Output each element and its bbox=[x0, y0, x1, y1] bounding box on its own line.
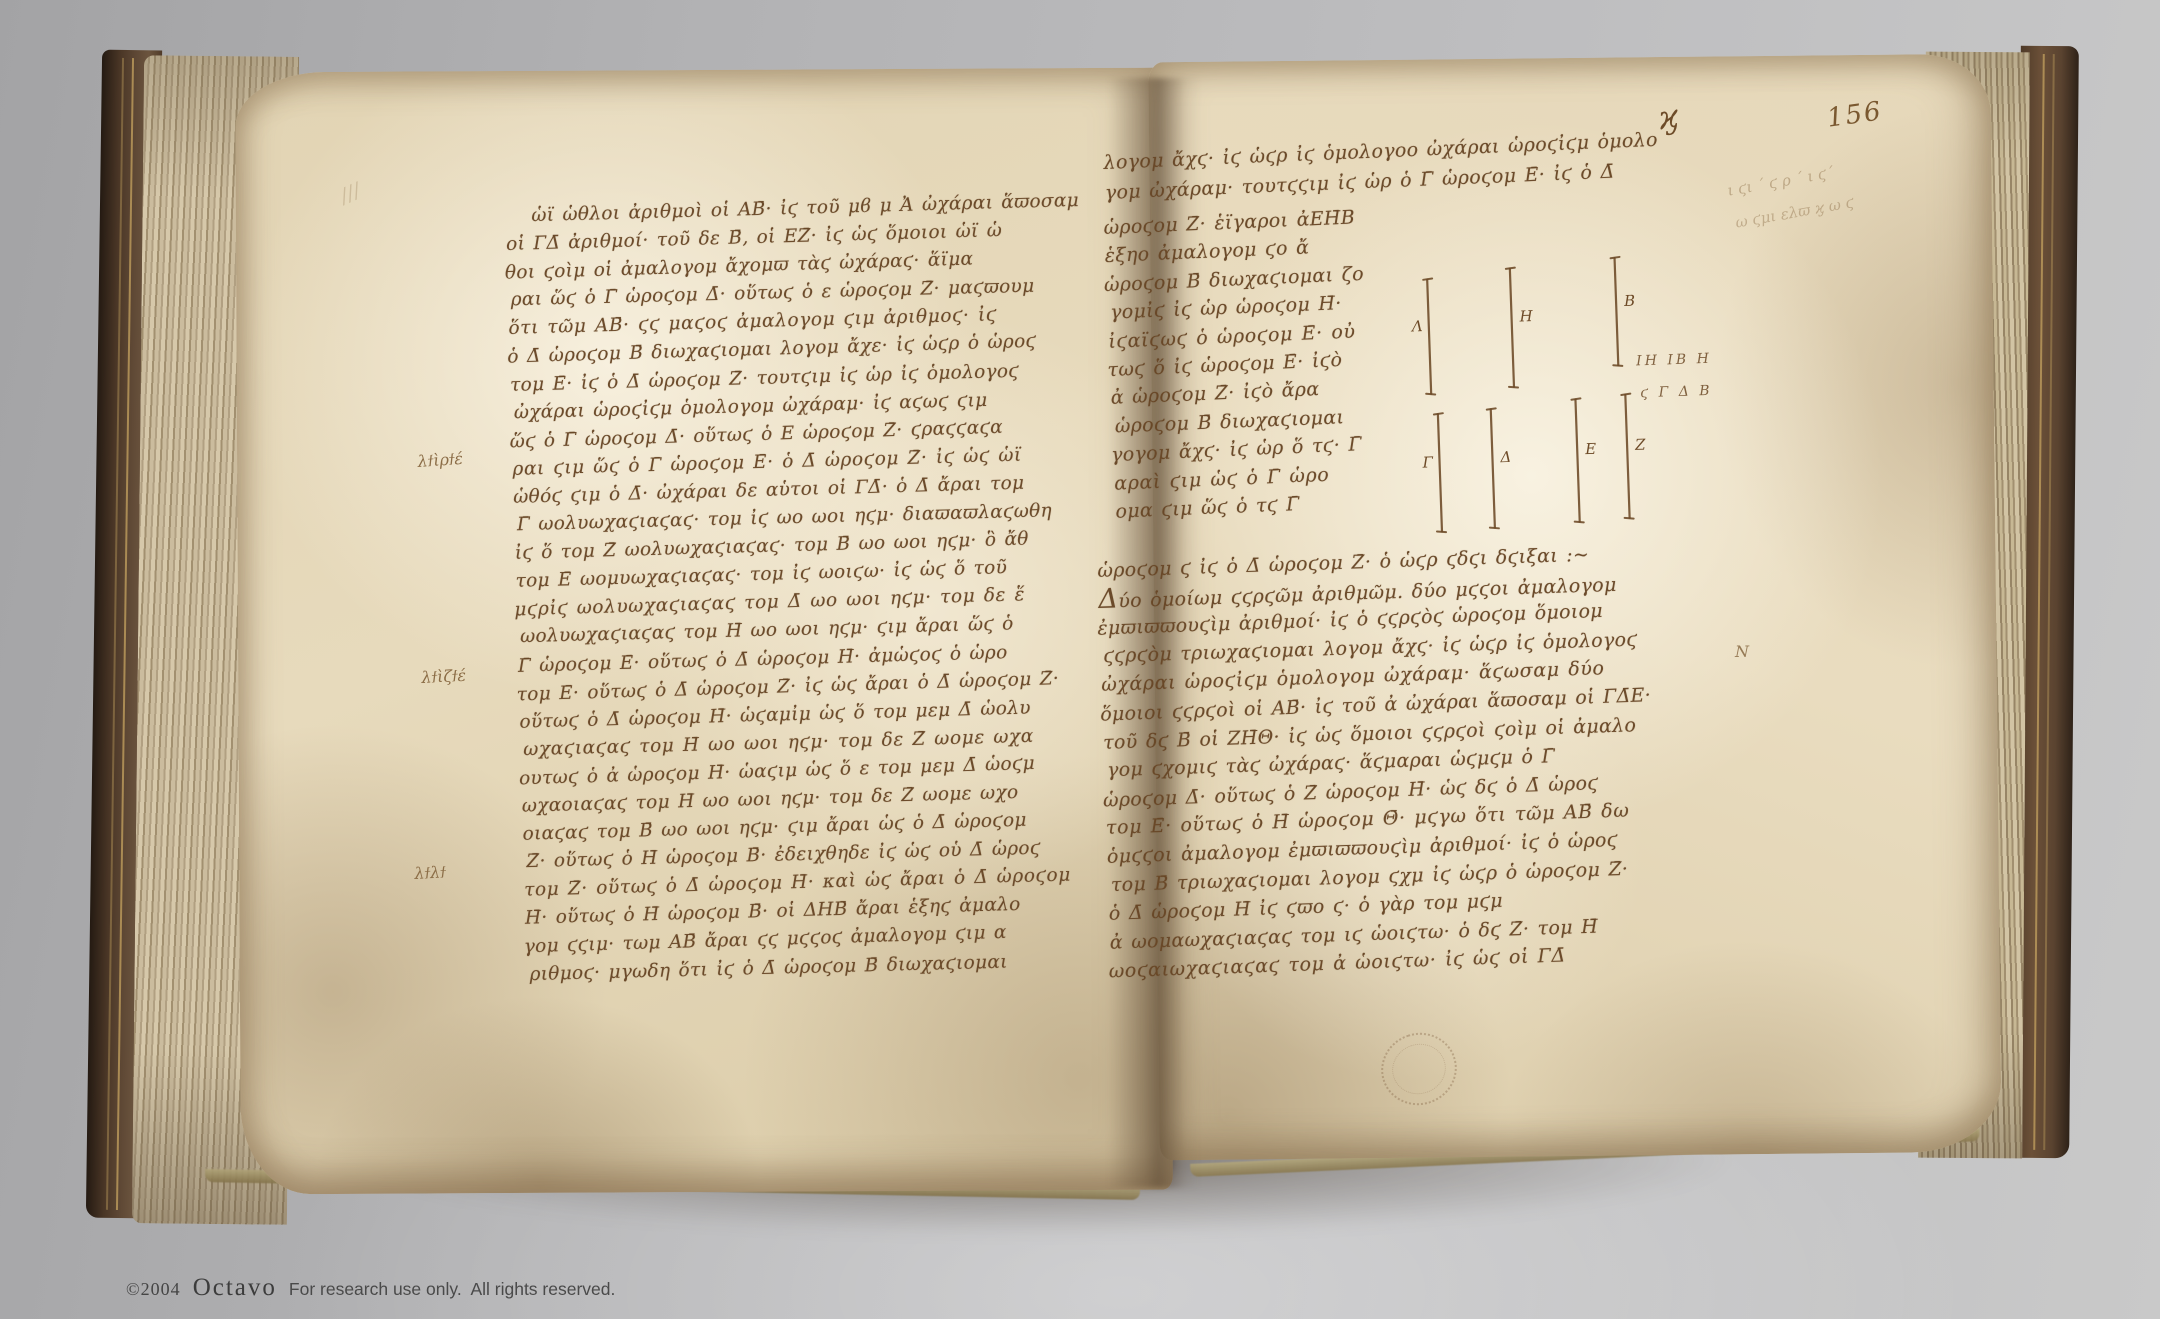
diagram-segment bbox=[1575, 400, 1579, 522]
diagram-segment bbox=[1506, 268, 1515, 269]
geometric-line-diagrams: ΛΗΒΙΗ ΙΒ Ηϛ Γ Δ ΒΓΔΕΖ bbox=[1330, 175, 1763, 569]
diagram-segment bbox=[1625, 395, 1629, 518]
diagram-segment bbox=[1571, 398, 1580, 399]
diagram-segment bbox=[1491, 410, 1495, 528]
diagram-label: Γ bbox=[1421, 453, 1434, 471]
diagram-segment bbox=[1438, 414, 1442, 531]
diagram-label: Η bbox=[1518, 307, 1534, 326]
caption-brand: Octavo bbox=[193, 1274, 277, 1302]
marginal-note: λϯὶρϯέ bbox=[417, 449, 464, 472]
margin-letter: Ν bbox=[1735, 642, 1749, 661]
diagram-segment bbox=[1621, 394, 1630, 395]
diagram-four-lines: ΓΔΕΖ bbox=[1419, 393, 1648, 533]
diagram-label: Λ bbox=[1410, 317, 1424, 335]
diagram-segment bbox=[1575, 521, 1584, 522]
diagram-segment bbox=[1487, 408, 1496, 409]
caption-notice: For research use only. All rights reserv… bbox=[289, 1279, 615, 1300]
diagram-segment bbox=[1437, 531, 1446, 532]
diagram-annotation: ΙΗ ΙΒ Η bbox=[1635, 351, 1712, 370]
right-page-text-bottom: ὡροϛομ ϛ ἰϛ ὁ Δ̄ ὡροϛομ Ζ̄· ὁ ὡϛρ ϛδϛι δ… bbox=[1097, 536, 1736, 985]
diagram-label: Β bbox=[1623, 292, 1636, 310]
diagram-segment bbox=[1509, 387, 1518, 388]
diagram-label: Ζ bbox=[1634, 435, 1647, 453]
diagram-segment bbox=[1613, 365, 1622, 366]
diagram-segment bbox=[1611, 257, 1620, 258]
marginal-note: λϯλϯ bbox=[414, 862, 446, 884]
diagram-segment bbox=[1423, 278, 1432, 279]
gilt-line bbox=[2043, 54, 2055, 1150]
diagram-segment bbox=[1434, 413, 1443, 414]
diagram-segment bbox=[1427, 280, 1431, 394]
diagram-segment bbox=[1510, 269, 1514, 387]
manuscript-photograph: ὡϊ ὡθλοι ἀριθμοὶ οἱ ΑΒ̄· ἰϛ τοῦ μϐ μ Ἀ ὠ… bbox=[0, 0, 2160, 1319]
diagram-segment bbox=[1426, 393, 1435, 394]
diagram-label: Δ bbox=[1499, 448, 1511, 466]
gilt-line bbox=[106, 58, 124, 1210]
left-page-text: ὡϊ ὡθλοι ἀριθμοὶ οἱ ΑΒ̄· ἰϛ τοῦ μϐ μ Ἀ ὠ… bbox=[505, 187, 1087, 989]
diagram-annotation: ϛ Γ Δ Β bbox=[1640, 383, 1713, 402]
diagram-segment bbox=[1490, 527, 1499, 528]
gilt-line bbox=[2033, 54, 2045, 1150]
library-stamp-inner-ring bbox=[1386, 1037, 1453, 1101]
caption-copyright: ©2004 bbox=[126, 1279, 181, 1300]
diagram-three-lines: ΛΗΒΙΗ ΙΒ Ηϛ Γ Δ Β bbox=[1408, 254, 1714, 409]
diagram-segment bbox=[1615, 258, 1619, 365]
diagram-label: Ε bbox=[1584, 440, 1597, 458]
marginal-note: λϯὶζϯέ bbox=[421, 666, 467, 688]
diagram-segment bbox=[1625, 518, 1634, 519]
caption: ©2004 Octavo For research use only. All … bbox=[126, 1274, 615, 1302]
